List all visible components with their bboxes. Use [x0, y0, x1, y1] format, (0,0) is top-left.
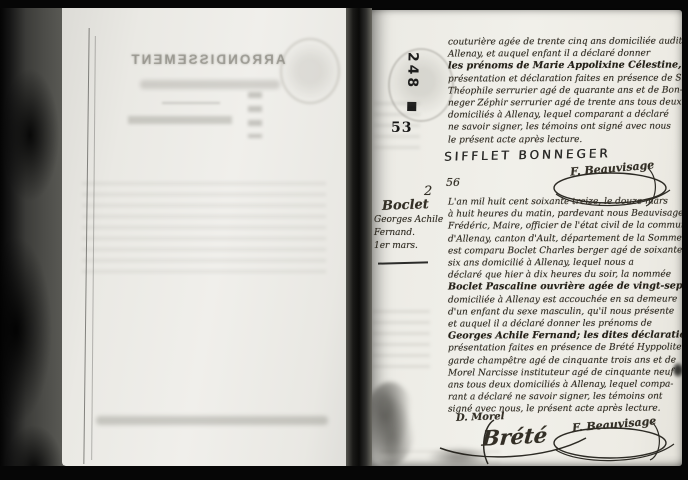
bleed-through-signature	[96, 416, 328, 425]
handwritten-line: Frédéric, Maire, officier de l'état civi…	[448, 220, 682, 233]
margin-underline	[378, 261, 428, 264]
handwritten-line: garde champêtre agé de cinquante trois a…	[448, 354, 682, 367]
bleed-through-title: ARRONDISSEMENT	[100, 52, 315, 67]
left-page: ARRONDISSEMENT	[62, 6, 346, 466]
act2-text-block: L'an mil huit cent soixante treize, le d…	[448, 196, 682, 416]
bleed-through-rule	[162, 102, 220, 104]
handwritten-line: Théophile serrurier agé de quarante ans …	[448, 84, 682, 97]
register-scan: ARRONDISSEMENT 248 ◼ 53 couturière agée …	[0, 0, 688, 480]
margin-bleed-through	[374, 102, 420, 150]
book-gutter-shadow	[346, 0, 372, 480]
handwritten-line: les prénoms de Marie Appolixine Célestin…	[448, 60, 682, 73]
ink-mold-smudge	[424, 446, 494, 466]
signature-beauvisage-2: F. Beauvisage	[550, 410, 682, 466]
edge-ink-blot	[672, 362, 682, 378]
act1-text-block: couturière agée de trente cinq ans domic…	[448, 36, 682, 146]
folio-mark: 56	[446, 176, 460, 189]
margin-surname: Boclet	[382, 197, 429, 214]
handwritten-line: Morel Narcisse instituteur agé de cinqua…	[448, 366, 682, 379]
right-page: 248 ◼ 53 couturière agée de trente cinq …	[372, 10, 682, 466]
margin-bleed-through	[372, 310, 430, 368]
bleed-through-paragraph	[82, 182, 326, 274]
handwritten-line: d'un enfant du sexe masculin, qu'il nous…	[448, 305, 682, 318]
handwritten-line: domiciliée à Allenay est accouchée en sa…	[448, 293, 682, 306]
margin-date: 1er mars.	[374, 241, 418, 251]
faded-round-stamp	[280, 38, 340, 104]
handwritten-line: ne savoir signer, les témoins ont signé …	[448, 121, 682, 134]
handwritten-line: présentation et déclaration faites en pr…	[448, 72, 682, 85]
signature-briet-text: Brété	[481, 422, 548, 451]
book-spine-shadow	[0, 0, 64, 480]
scan-border-top	[0, 0, 688, 8]
scan-border-right	[683, 0, 688, 480]
margin-firstnames-2: Fernand.	[374, 228, 415, 238]
handwritten-line: le présent acte après lecture.	[448, 133, 682, 146]
handwritten-line: présentation faites en présence de Brété…	[448, 342, 682, 355]
handwritten-line: d'Allenay, canton d'Ault, département de…	[448, 232, 682, 245]
margin-firstnames: Georges Achile	[374, 215, 443, 225]
handwritten-line: est comparu Boclet Charles berger agé de…	[448, 244, 682, 257]
bleed-through-script-line	[140, 80, 280, 89]
handwritten-line: Boclet Pascaline ouvrière agée de vingt-…	[448, 281, 682, 294]
bleed-through-digits	[248, 92, 262, 138]
scan-border-bottom	[0, 466, 688, 480]
bleed-through-subtitle	[128, 116, 232, 124]
